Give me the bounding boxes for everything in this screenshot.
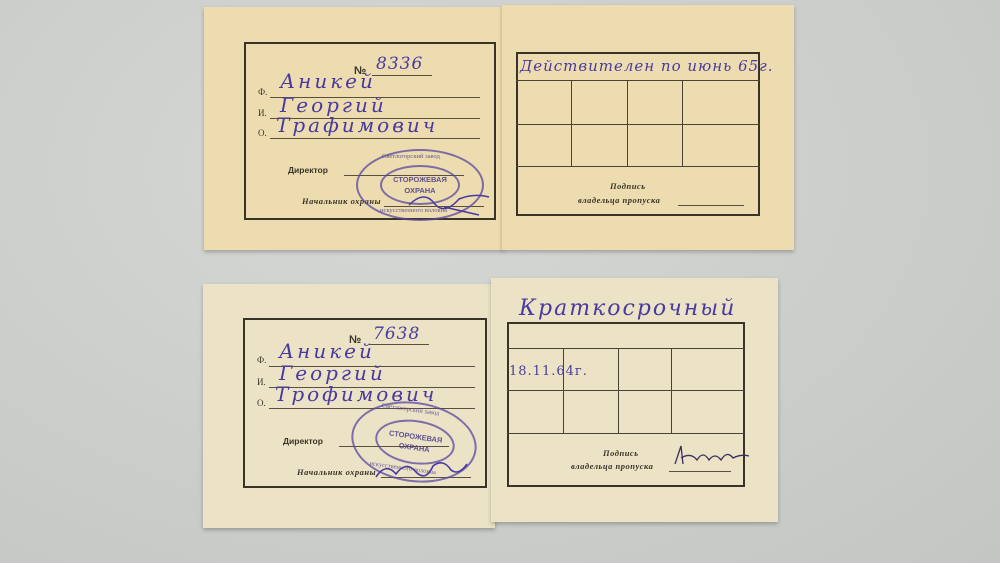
grid-line: [571, 80, 572, 166]
grid-line: [671, 348, 672, 433]
grid-line: [682, 80, 683, 166]
owner-signature-icon: [671, 440, 751, 470]
patronymic-value: Трафимович: [276, 113, 438, 137]
signature-label-1: Подпись: [610, 181, 646, 191]
grid-line: [618, 348, 619, 433]
signature-label-1: Подпись: [603, 448, 639, 458]
patronymic-label: О.: [258, 128, 267, 138]
surname-label: Ф.: [258, 87, 267, 97]
grid-line: [507, 433, 745, 434]
name-label: И.: [257, 377, 266, 387]
grid-line: [516, 166, 760, 167]
pass-document-2: № 7638 Ф. Аникей И. Георгий О. Трофимови…: [203, 278, 778, 528]
patronymic-underline: [270, 138, 480, 139]
pass-1-left-page: № 8336 Ф. Аникей И. Георгий О. Трафимови…: [204, 7, 504, 250]
grid-line: [507, 348, 745, 349]
signature-underline: [669, 471, 731, 472]
pass-number: 8336: [376, 54, 423, 74]
surname-label: Ф.: [257, 355, 266, 365]
grid-line: [507, 390, 745, 391]
chief-signature-icon: [404, 185, 494, 225]
chief-signature-icon: [371, 452, 471, 492]
pass-document-1: № 8336 Ф. Аникей И. Георгий О. Трафимови…: [204, 5, 794, 250]
number-underline: [369, 344, 429, 345]
pass-2-left-page: № 7638 Ф. Аникей И. Георгий О. Трофимови…: [203, 284, 495, 528]
stamp-line-1: СТОРОЖЕВАЯ: [393, 174, 447, 185]
short-term-title: Краткосрочный: [519, 296, 736, 321]
surname-value: Аникей: [279, 339, 375, 363]
grid-line: [516, 80, 760, 81]
number-underline: [372, 75, 432, 76]
surname-value: Аникей: [280, 69, 376, 93]
director-label: Директор: [283, 436, 323, 446]
pass-1-right-frame: [516, 52, 760, 216]
signature-underline: [678, 205, 744, 206]
grid-line: [516, 124, 760, 125]
stamp-ring-top: Светлогорский завод: [382, 153, 440, 160]
signature-label-2: владельца пропуска: [571, 461, 653, 471]
issue-date: 18.11.64г.: [509, 364, 588, 379]
name-label: И.: [258, 108, 267, 118]
validity-note: Действителен по июнь 65г.: [520, 57, 774, 75]
pass-1-right-page: Действителен по июнь 65г. Подпись владел…: [502, 5, 794, 250]
pass-2-right-page: Краткосрочный 18.11.64г. Подпись владель…: [491, 278, 778, 522]
pass-number: 7638: [373, 324, 420, 344]
grid-line: [627, 80, 628, 166]
grid-line: [563, 348, 564, 433]
signature-label-2: владельца пропуска: [578, 195, 660, 205]
director-label: Директор: [288, 165, 328, 175]
stamp-ring-top: Светлогорский завод: [381, 402, 439, 417]
chief-label: Начальник охраны: [297, 467, 376, 477]
patronymic-label: О.: [257, 398, 266, 408]
